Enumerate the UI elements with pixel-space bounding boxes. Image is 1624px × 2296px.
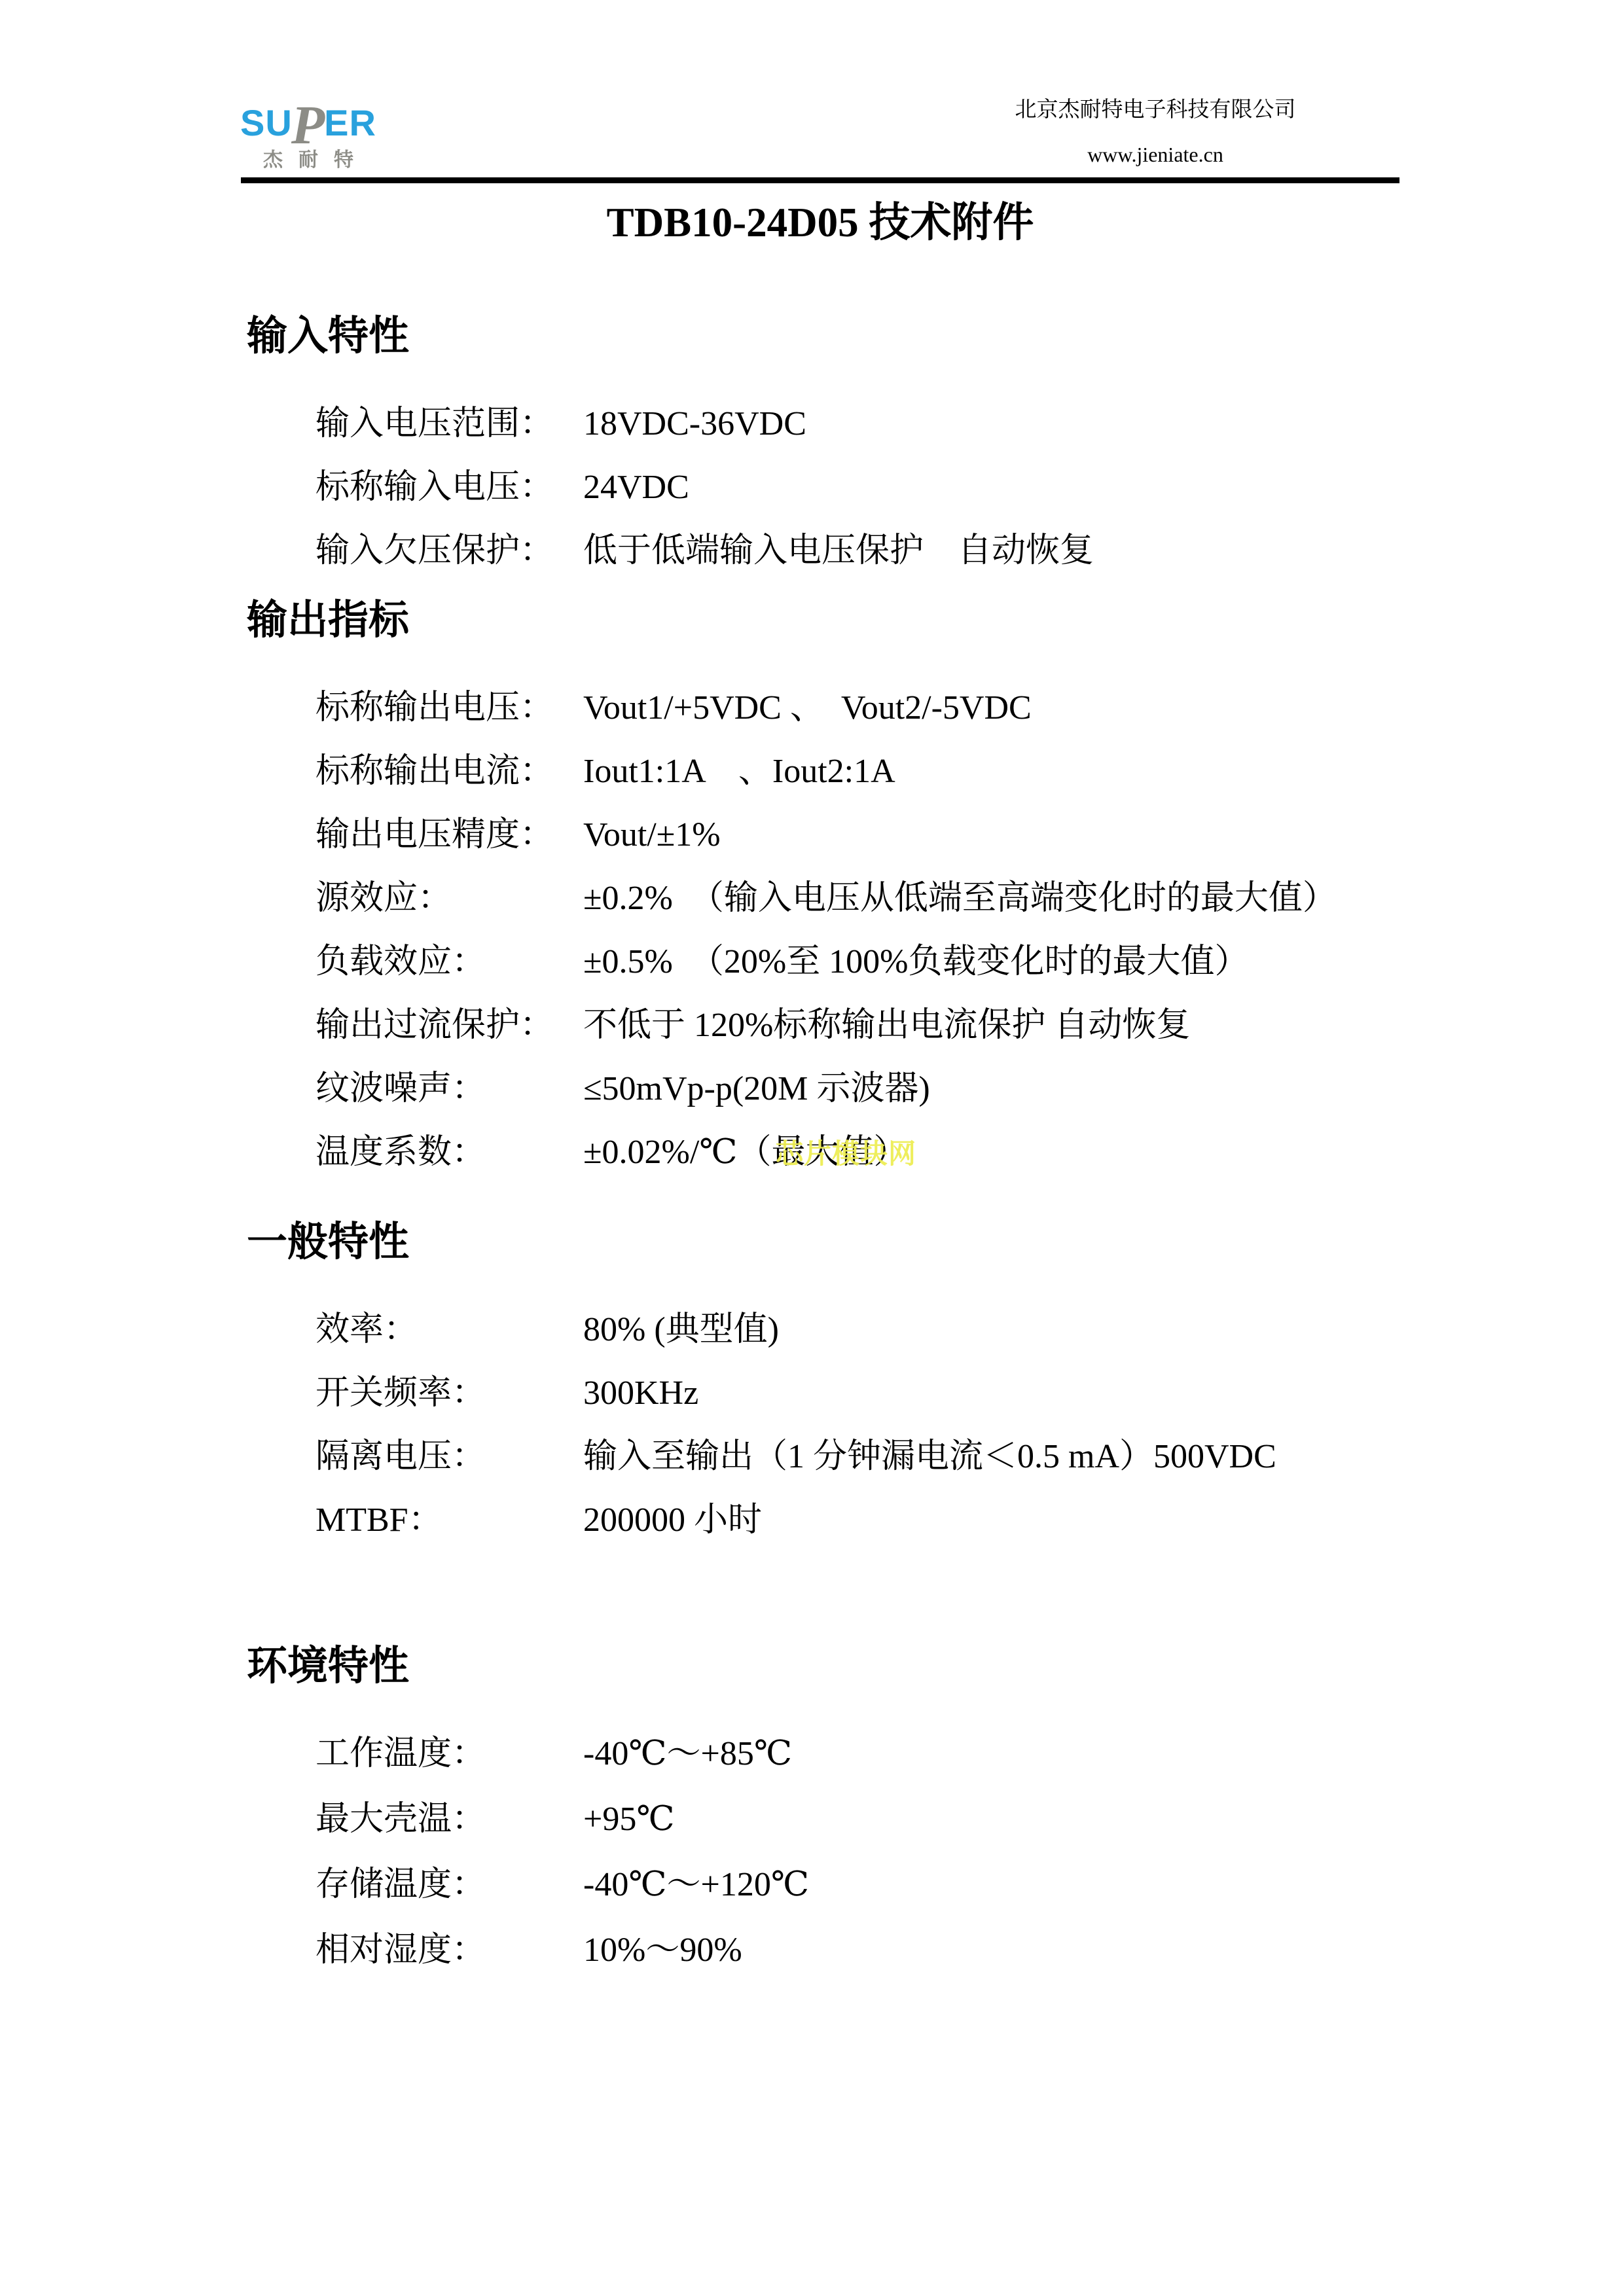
header-divider: [241, 177, 1399, 183]
spec-label: 输出电压精度：: [316, 817, 583, 853]
company-name: 北京杰耐特电子科技有限公司: [1011, 96, 1299, 124]
spec-value: 不低于 120%标称输出电流保护 自动恢复: [583, 1007, 1624, 1044]
spec-value: Iout1:1A 、Iout2:1A: [583, 753, 1624, 790]
spec-value: 输入至输出（1 分钟漏电流＜0.5 mA）500VDC: [583, 1439, 1624, 1475]
spec-value: ≤50mVp-p(20M 示波器): [583, 1071, 1624, 1107]
section-input-characteristics: 输入特性 输入电压范围： 18VDC-36VDC 标称输入电压： 24VDC 输…: [0, 313, 1624, 596]
spec-value: 200000 小时: [583, 1502, 1624, 1539]
spec-value: 24VDC: [583, 469, 1624, 506]
spec-label: 效率：: [316, 1312, 583, 1348]
spec-label: 输入电压范围：: [316, 406, 583, 442]
spec-row: 负载效应： ±0.5% （20%至 100%负载变化时的最大值）: [316, 944, 1624, 980]
spec-label: 开关频率：: [316, 1375, 583, 1412]
spec-label: 源效应：: [316, 880, 583, 917]
spec-label: 最大壳温：: [316, 1801, 583, 1838]
spec-label: 温度系数：: [316, 1134, 583, 1171]
spec-row: 源效应： ±0.2% （输入电压从低端至高端变化时的最大值）: [316, 880, 1624, 917]
spec-value: 80% (典型值): [583, 1312, 1624, 1348]
spec-row: 标称输出电流： Iout1:1A 、Iout2:1A: [316, 753, 1624, 790]
spec-row: 隔离电压： 输入至输出（1 分钟漏电流＜0.5 mA）500VDC: [316, 1439, 1624, 1475]
spec-row: 输入欠压保护： 低于低端输入电压保护 自动恢复: [316, 533, 1624, 569]
spec-label: 标称输入电压：: [316, 469, 583, 506]
section-output-specs: 输出指标 标称输出电压： Vout1/+5VDC 、 Vout2/-5VDC 标…: [0, 597, 1624, 1198]
spec-value: -40℃～+85℃: [583, 1736, 1624, 1772]
spec-row: 效率： 80% (典型值): [316, 1312, 1624, 1348]
section-heading: 环境特性: [247, 1643, 1624, 1690]
spec-label: MTBF：: [316, 1502, 583, 1539]
spec-row: 工作温度： -40℃～+85℃: [316, 1736, 1624, 1772]
spec-label: 隔离电压：: [316, 1439, 583, 1475]
spec-value: +95℃: [583, 1801, 1624, 1838]
spec-value: Vout/±1%: [583, 817, 1624, 853]
spec-row: 最大壳温： +95℃: [316, 1801, 1624, 1838]
company-logo: SUPER 杰耐特: [240, 90, 377, 170]
section-heading: 一般特性: [247, 1219, 1624, 1266]
spec-row: 输出电压精度： Vout/±1%: [316, 817, 1624, 853]
spec-label: 工作温度：: [316, 1736, 583, 1772]
spec-row: MTBF： 200000 小时: [316, 1502, 1624, 1539]
spec-value: 18VDC-36VDC: [583, 406, 1624, 442]
spec-label: 相对湿度：: [316, 1932, 583, 1969]
header-company-block: 北京杰耐特电子科技有限公司 www.jieniate.cn: [1011, 96, 1299, 168]
spec-label: 纹波噪声：: [316, 1071, 583, 1107]
spec-row: 相对湿度： 10%～90%: [316, 1932, 1624, 1969]
spec-value: ±0.5% （20%至 100%负载变化时的最大值）: [583, 944, 1624, 980]
document-page: SUPER 杰耐特 北京杰耐特电子科技有限公司 www.jieniate.cn …: [0, 0, 1624, 2296]
logo-text-er: ER: [324, 102, 376, 143]
spec-row: 存储温度： -40℃～+120℃: [316, 1867, 1624, 1903]
logo-text-p: P: [291, 95, 325, 156]
spec-row: 输出过流保护： 不低于 120%标称输出电流保护 自动恢复: [316, 1007, 1624, 1044]
spec-label: 输入欠压保护：: [316, 533, 583, 569]
spec-value: ±0.2% （输入电压从低端至高端变化时的最大值）: [583, 880, 1624, 917]
spec-row: 标称输出电压： Vout1/+5VDC 、 Vout2/-5VDC: [316, 690, 1624, 726]
spec-label: 输出过流保护：: [316, 1007, 583, 1044]
spec-value: Vout1/+5VDC 、 Vout2/-5VDC: [583, 690, 1624, 726]
company-website: www.jieniate.cn: [1011, 141, 1299, 168]
spec-label: 存储温度：: [316, 1867, 583, 1903]
section-heading: 输入特性: [247, 313, 1624, 360]
spec-value: -40℃～+120℃: [583, 1867, 1624, 1903]
spec-label: 负载效应：: [316, 944, 583, 980]
spec-row: 输入电压范围： 18VDC-36VDC: [316, 406, 1624, 442]
spec-row: 标称输入电压： 24VDC: [316, 469, 1624, 506]
spec-label: 标称输出电压：: [316, 690, 583, 726]
spec-row: 开关频率： 300KHz: [316, 1375, 1624, 1412]
site-watermark: 芯片模块网: [776, 1140, 916, 1168]
spec-value: 低于低端输入电压保护 自动恢复: [583, 533, 1624, 569]
logo-wordmark: SUPER: [240, 90, 377, 145]
section-environment-characteristics: 环境特性 工作温度： -40℃～+85℃ 最大壳温： +95℃ 存储温度： -4…: [0, 1643, 1624, 1998]
spec-value: 300KHz: [583, 1375, 1624, 1412]
spec-row: 温度系数： ±0.02%/℃（最大值）: [316, 1134, 1624, 1171]
section-general-characteristics: 一般特性 效率： 80% (典型值) 开关频率： 300KHz 隔离电压： 输入…: [0, 1219, 1624, 1566]
logo-text-su: SU: [240, 102, 293, 143]
page-title: TDB10-24D05 技术附件: [241, 200, 1399, 245]
spec-label: 标称输出电流：: [316, 753, 583, 790]
spec-value: ±0.02%/℃（最大值）: [583, 1134, 1624, 1171]
section-heading: 输出指标: [247, 597, 1624, 644]
spec-row: 纹波噪声： ≤50mVp-p(20M 示波器): [316, 1071, 1624, 1107]
spec-value: 10%～90%: [583, 1932, 1624, 1969]
